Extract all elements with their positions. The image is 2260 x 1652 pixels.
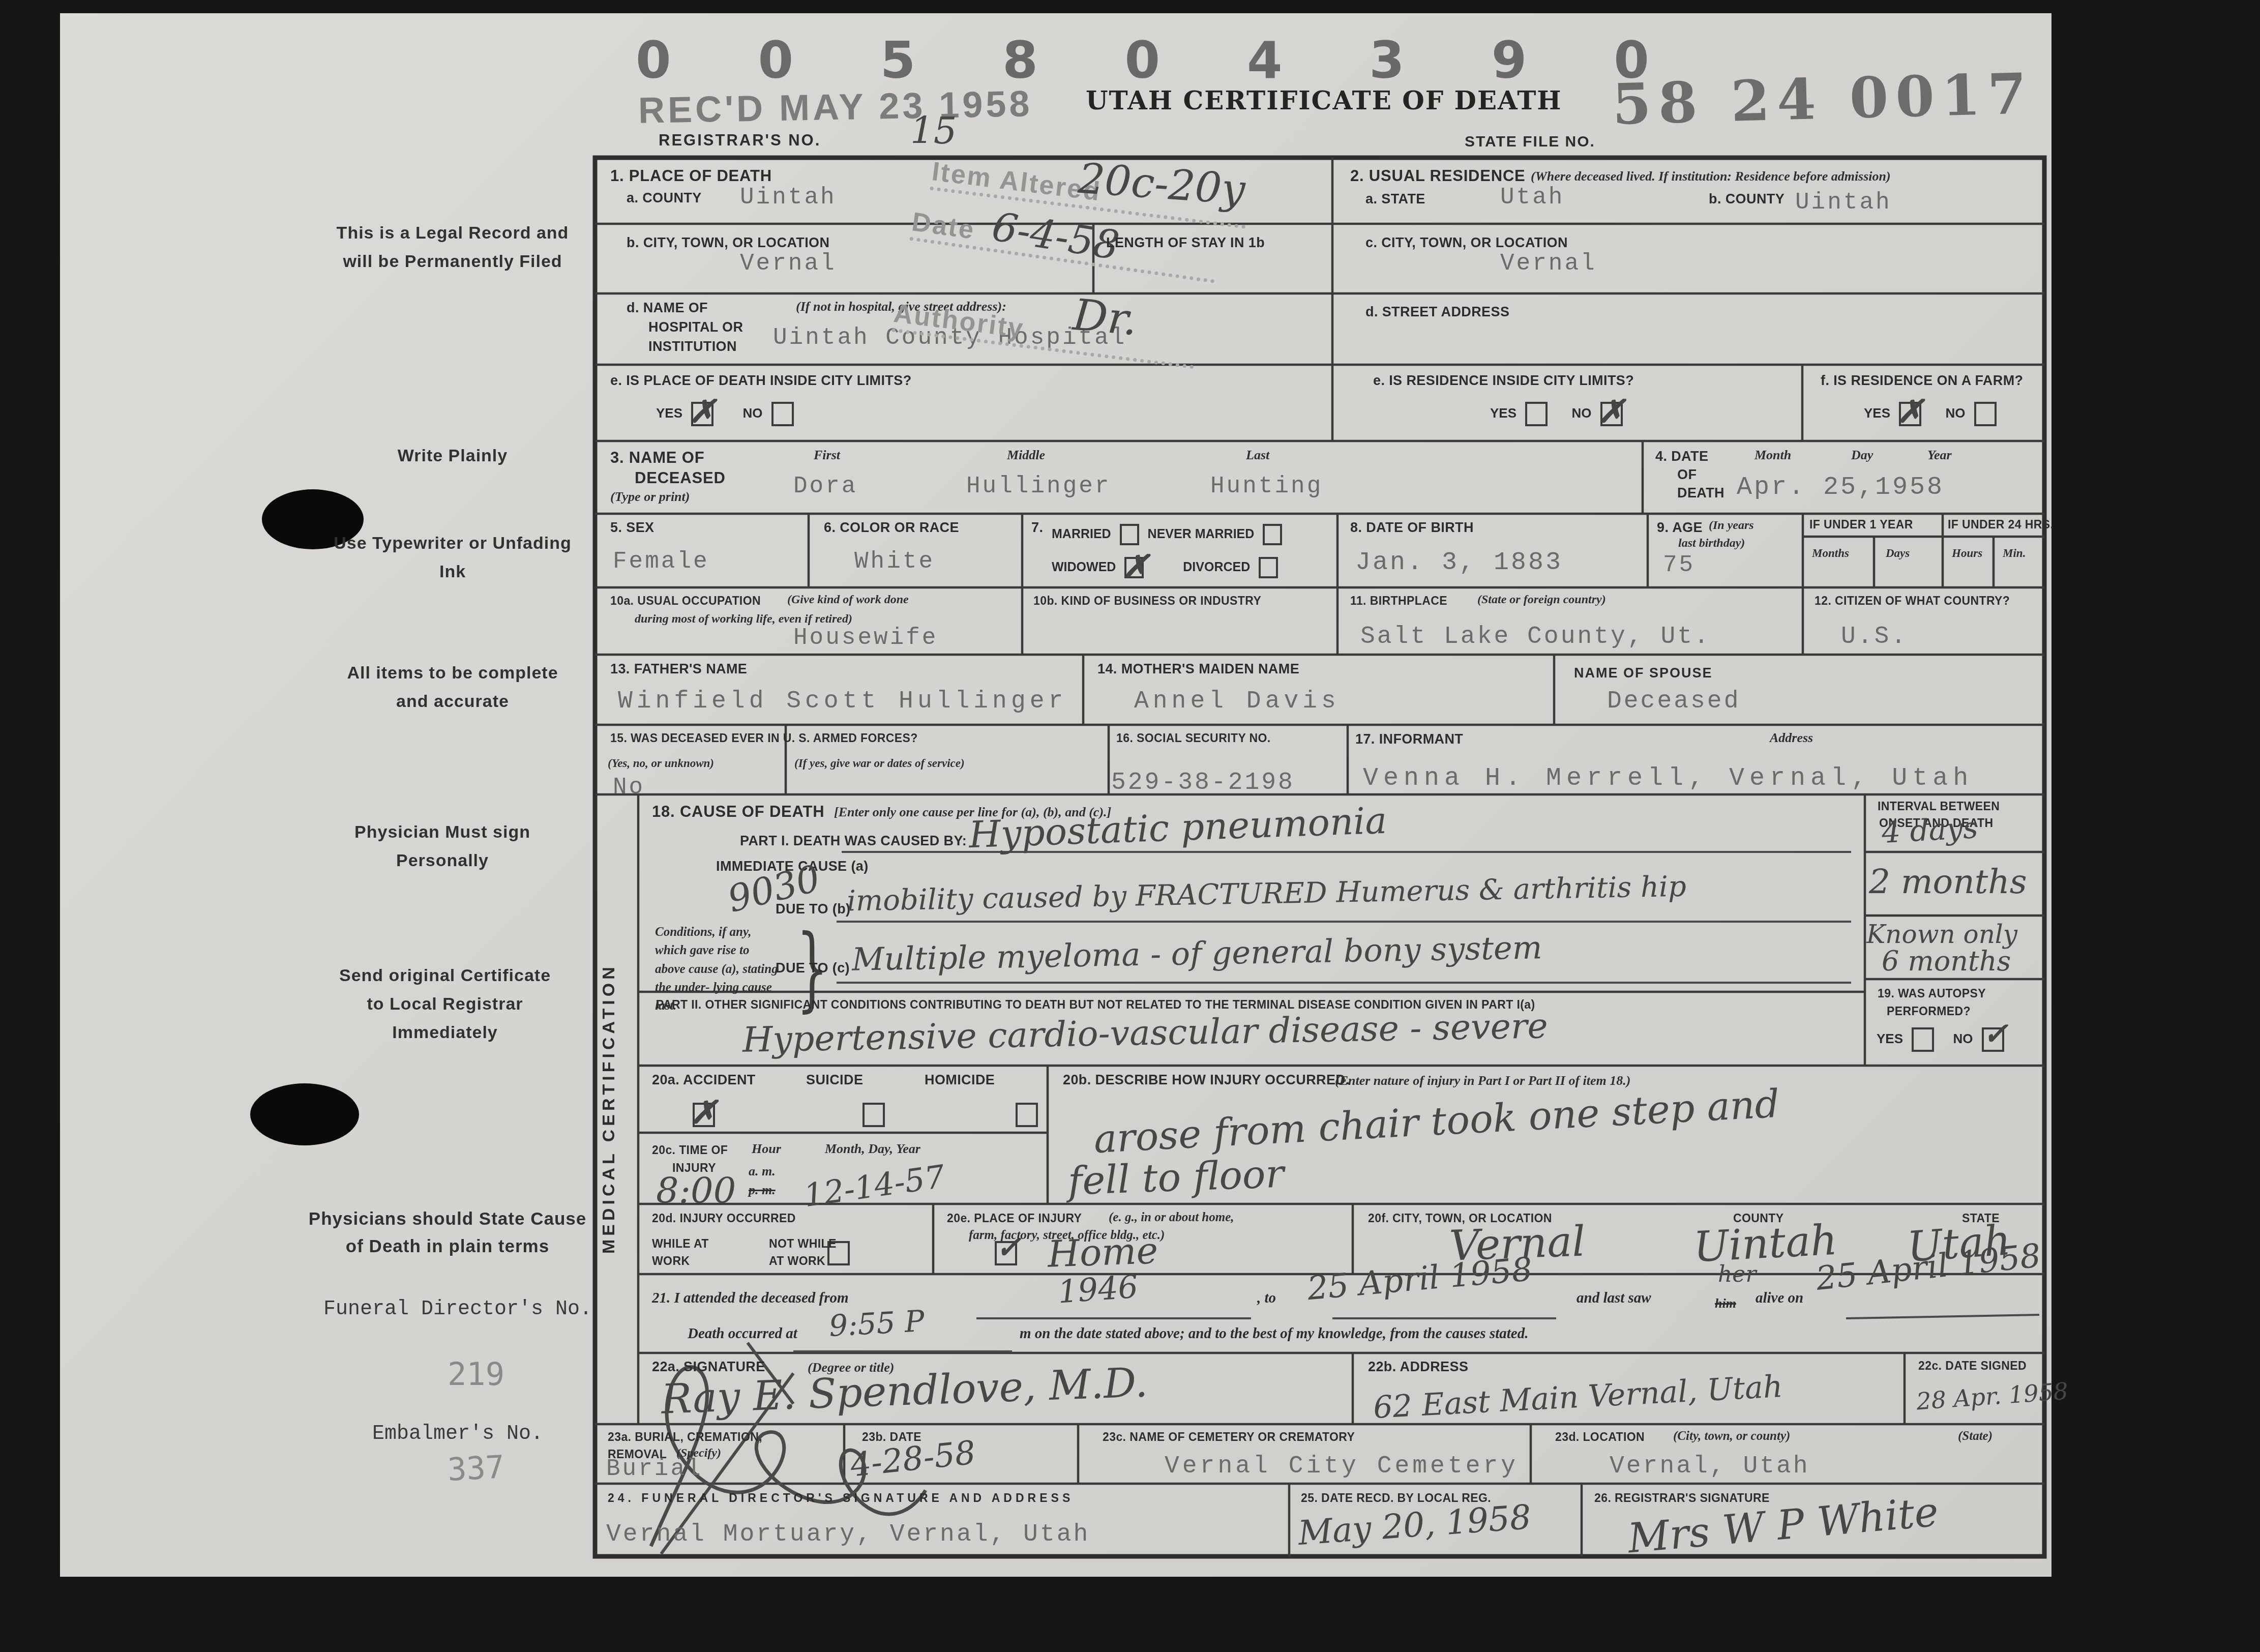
name-of-spouse-label: NAME OF SPOUSE	[1574, 665, 1713, 681]
no-label: NO	[743, 405, 763, 421]
divorced-label: DIVORCED	[1183, 560, 1250, 574]
margin-note-physician-sign: Physician Must sign Personally	[336, 818, 549, 875]
armed-forces-hint-2: (If yes, give war or dates of service)	[794, 757, 965, 770]
married-checkbox	[1120, 524, 1139, 545]
yes-label: YES	[1490, 405, 1516, 421]
cemetery-location-label: 23d. LOCATION	[1555, 1430, 1645, 1444]
accident-label: 20a. ACCIDENT	[652, 1072, 756, 1088]
city-town-value: Vernal	[740, 250, 837, 277]
place-of-injury-label: 20e. PLACE OF INJURY	[947, 1212, 1082, 1225]
time-of-injury-label-1: 20c. TIME OF	[652, 1143, 728, 1157]
industry-label: 10b. KIND OF BUSINESS OR INDUSTRY	[1033, 594, 1261, 608]
date-of-death-label-1: 4. DATE	[1655, 449, 1708, 464]
occupation-hint-1: (Give kind of work done	[787, 593, 909, 607]
registrars-no-label: REGISTRAR'S NO.	[659, 131, 821, 150]
occupation-hint-2: during most of working life, even if ret…	[635, 612, 852, 626]
death-occurred-text: Death occurred at	[688, 1325, 797, 1342]
interval-label-1: INTERVAL BETWEEN	[1878, 800, 2000, 813]
yes-label: YES	[1864, 405, 1890, 421]
cemetery-label: 23c. NAME OF CEMETERY OR CREMATORY	[1103, 1430, 1355, 1444]
ssn-label: 16. SOCIAL SECURITY NO.	[1116, 731, 1271, 745]
funeral-directors-no-value: 219	[448, 1355, 504, 1393]
never-married-checkbox	[1263, 524, 1282, 545]
marital-number: 7.	[1031, 520, 1043, 536]
date-of-death-value: Apr. 25,1958	[1737, 473, 1944, 502]
margin-note-write-plainly: Write Plainly	[336, 441, 570, 470]
describe-injury-label: 20b. DESCRIBE HOW INJURY OCCURRED.	[1063, 1072, 1350, 1088]
autopsy-yes-checkbox	[1912, 1027, 1934, 1052]
married-label: MARRIED	[1052, 527, 1111, 541]
attended-text-2: , to	[1257, 1290, 1276, 1307]
occupation-label: 10a. USUAL OCCUPATION	[610, 594, 761, 608]
widowed-label: WIDOWED	[1052, 560, 1116, 574]
hour-header: Hour	[752, 1141, 781, 1157]
medical-certification-vertical-label: MEDICAL CERTIFICATION	[599, 804, 619, 1414]
usual-residence-hint: (Where deceased lived. If institution: R…	[1531, 169, 1891, 184]
interval-c-value-2: 6 months	[1882, 945, 2011, 977]
usual-residence-title: 2. USUAL RESIDENCE	[1350, 167, 1526, 185]
state-file-no-stamp: 58 24 0017	[1611, 61, 2034, 137]
yes-label: YES	[1877, 1031, 1903, 1046]
last-name-header: Last	[1246, 448, 1269, 463]
received-date-stamp: REC'D MAY 23 1958	[638, 83, 1033, 132]
informant-label: 17. INFORMANT	[1355, 731, 1463, 747]
color-race-label: 6. COLOR OR RACE	[824, 520, 959, 536]
month-header: Month	[1755, 448, 1791, 463]
month-day-year-header: Month, Day, Year	[825, 1141, 920, 1157]
county-value: Uintah	[740, 184, 837, 211]
armed-forces-value: No	[613, 774, 645, 801]
state-file-no-label: STATE FILE NO.	[1465, 133, 1595, 151]
widowed-checkbox	[1124, 557, 1144, 578]
death-time-value: 9:55 P	[828, 1304, 925, 1343]
due-to-b-label: DUE TO (b)	[776, 901, 851, 917]
injury-occurred-label: 20d. INJURY OCCURRED	[652, 1212, 796, 1225]
margin-note-complete: All items to be complete and accurate	[336, 659, 570, 716]
city-town-county-hint: (City, town, or county)	[1673, 1429, 1790, 1443]
am-header: a. m.	[749, 1164, 776, 1179]
authority-entry: Dr.	[1071, 290, 1140, 346]
residence-city-limits-yes-checkbox	[1525, 402, 1548, 426]
autopsy-no-checkbox	[1982, 1027, 2004, 1052]
armed-forces-label: 15. WAS DECEASED EVER IN U. S. ARMED FOR…	[610, 731, 918, 745]
pm-header: p. m.	[749, 1183, 776, 1198]
registrars-no-value: 15	[910, 109, 957, 152]
name-of-spouse-value: Deceased	[1607, 688, 1740, 715]
never-married-label: NEVER MARRIED	[1148, 527, 1255, 541]
divorced-checkbox	[1259, 557, 1278, 578]
cemetery-value: Vernal City Cemetery	[1165, 1453, 1519, 1480]
farm-yes-checkbox	[1899, 402, 1921, 426]
birthplace-label: 11. BIRTHPLACE	[1350, 594, 1447, 608]
death-city-limits-no-checkbox	[771, 402, 794, 426]
registrar-signature-label: 26. REGISTRAR'S SIGNATURE	[1594, 1491, 1770, 1505]
residence-city-limits-label: e. IS RESIDENCE INSIDE CITY LIMITS?	[1373, 373, 1634, 389]
fathers-name-value: Winfield Scott Hullinger	[618, 688, 1067, 715]
describe-injury-hint: (Enter nature of injury in Part I or Par…	[1335, 1073, 1630, 1088]
suicide-label: SUICIDE	[806, 1072, 863, 1088]
color-race-value: White	[854, 548, 935, 575]
no-label: NO	[1572, 405, 1592, 421]
autopsy-label-2: PERFORMED?	[1887, 1005, 1971, 1018]
residence-county-value: Uintah	[1795, 189, 1892, 216]
no-label: NO	[1946, 405, 1966, 421]
if-under-1-year-label: IF UNDER 1 YEAR	[1809, 518, 1913, 532]
residence-city-limits-no-checkbox	[1600, 402, 1623, 426]
not-while-at-work-label-2: AT WORK	[769, 1254, 825, 1268]
hospital-label-1: d. NAME OF	[627, 300, 708, 316]
date-of-birth-value: Jan. 3, 1883	[1355, 548, 1563, 577]
age-label: 9. AGE	[1657, 520, 1703, 536]
residence-state-value: Utah	[1500, 184, 1564, 211]
death-occurred-text-2: m on the date stated above; and to the b…	[1020, 1325, 1528, 1342]
name-of-deceased-label-2: DECEASED	[635, 469, 726, 487]
burial-value: Burial	[606, 1456, 703, 1482]
city-town-label: b. CITY, TOWN, OR LOCATION	[627, 235, 829, 251]
not-while-at-work-checkbox	[995, 1241, 1017, 1265]
death-city-limits-label: e. IS PLACE OF DEATH INSIDE CITY LIMITS?	[610, 373, 912, 389]
cemetery-location-value: Vernal, Utah	[1610, 1453, 1810, 1480]
middle-name-value: Hullinger	[966, 473, 1111, 499]
margin-note-typewriter: Use Typewriter or Unfading Ink	[325, 529, 580, 586]
attended-text-1: 21. I attended the deceased from	[652, 1290, 849, 1307]
hospital-label-3: INSTITUTION	[648, 339, 737, 355]
describe-injury-value-2: fell to floor	[1067, 1151, 1285, 1204]
not-while-at-work-label-1: NOT WHILE	[769, 1237, 837, 1251]
homicide-checkbox	[1016, 1103, 1038, 1127]
no-label: NO	[1953, 1031, 1973, 1046]
attended-text-4: alive on	[1756, 1290, 1803, 1307]
while-at-work-label-1: WHILE AT	[652, 1237, 709, 1251]
age-value: 75	[1663, 552, 1695, 578]
funeral-director-label: 24. FUNERAL DIRECTOR'S SIGNATURE AND ADD…	[608, 1491, 1074, 1505]
if-under-24-hrs-label: IF UNDER 24 HRS.	[1948, 518, 2054, 532]
place-of-death-title: 1. PLACE OF DEATH	[610, 167, 772, 185]
date-of-death-label-3: DEATH	[1677, 485, 1724, 501]
part1-label: PART I. DEATH WAS CAUSED BY:	[740, 833, 967, 849]
autopsy-label-1: 19. WAS AUTOPSY	[1878, 987, 1986, 1000]
type-or-print-hint: (Type or print)	[610, 489, 690, 505]
him-printed-struck: him	[1715, 1296, 1736, 1311]
state-hint: (State)	[1958, 1429, 1993, 1443]
yes-label: YES	[656, 405, 682, 421]
interval-b-value: 2 months	[1869, 862, 2027, 901]
residence-city-value: Vernal	[1500, 250, 1597, 277]
citizen-value: U.S.	[1841, 623, 1908, 651]
due-to-c-label: DUE TO (c)	[776, 960, 850, 976]
margin-note-plain-terms: Physicians should State Cause of Death i…	[305, 1205, 590, 1261]
name-of-deceased-label-1: 3. NAME OF	[610, 449, 704, 467]
numbering-stamp: 0 0 5 8 0 4 3 9 0	[636, 31, 1684, 90]
county-label: a. COUNTY	[627, 190, 702, 206]
embalmers-no-label: Embalmer's No.	[315, 1419, 600, 1450]
her-handwritten: her	[1718, 1261, 1756, 1287]
margin-note-send-original: Send original Certificate to Local Regis…	[336, 961, 554, 1047]
certificate-title: UTAH CERTIFICATE OF DEATH	[1086, 85, 1562, 115]
informant-value: Venna H. Merrell, Vernal, Utah	[1363, 764, 1973, 793]
death-city-limits-yes-checkbox	[691, 402, 713, 426]
last-name-value: Hunting	[1210, 473, 1323, 499]
residence-city-label: c. CITY, TOWN, OR LOCATION	[1365, 235, 1568, 251]
place-of-injury-hint-1: (e. g., in or about home,	[1109, 1211, 1234, 1225]
homicide-label: HOMICIDE	[925, 1072, 995, 1088]
age-hint-1: (In years	[1709, 519, 1754, 533]
funeral-director-address-value: Vernal Mortuary, Vernal, Utah	[606, 1521, 1090, 1548]
day-header: Day	[1851, 448, 1873, 463]
sex-label: 5. SEX	[610, 520, 654, 536]
mothers-maiden-name-label: 14. MOTHER'S MAIDEN NAME	[1097, 661, 1299, 677]
birthplace-value: Salt Lake County, Ut.	[1360, 623, 1711, 651]
hours-header: Hours	[1952, 547, 1982, 560]
birthplace-hint: (State or foreign country)	[1477, 593, 1606, 607]
informant-address-header: Address	[1770, 730, 1813, 746]
physician-address-label: 22b. ADDRESS	[1368, 1359, 1468, 1375]
date-of-death-label-2: OF	[1677, 467, 1697, 483]
residence-county-label: b. COUNTY	[1709, 191, 1785, 207]
scanned-death-certificate: 0 0 5 8 0 4 3 9 0 REC'D MAY 23 1958 REGI…	[0, 0, 2260, 1652]
accident-checkbox	[693, 1103, 715, 1127]
min-header: Min.	[2003, 547, 2026, 560]
suicide-checkbox	[863, 1103, 885, 1127]
fathers-name-label: 13. FATHER'S NAME	[610, 661, 747, 677]
farm-no-checkbox	[1974, 402, 1997, 426]
attended-text-3: and last saw	[1577, 1290, 1651, 1307]
attended-from-value: 1946	[1057, 1268, 1140, 1311]
cause-of-death-title: 18. CAUSE OF DEATH	[652, 803, 824, 821]
date-of-birth-label: 8. DATE OF BIRTH	[1350, 520, 1474, 536]
residence-state-label: a. STATE	[1365, 191, 1425, 207]
margin-note-legal-record: This is a Legal Record and will be Perma…	[336, 219, 570, 276]
ssn-value: 529-38-2198	[1111, 769, 1295, 796]
year-header: Year	[1927, 448, 1952, 463]
armed-forces-hint-1: (Yes, no, or unknown)	[608, 757, 714, 770]
mothers-maiden-name-value: Annel Davis	[1134, 688, 1340, 715]
middle-name-header: Middle	[1007, 448, 1045, 463]
farm-label: f. IS RESIDENCE ON A FARM?	[1821, 373, 2023, 389]
first-name-header: First	[814, 448, 840, 463]
date-signed-label: 22c. DATE SIGNED	[1918, 1359, 2027, 1373]
interval-a-value: 4 days	[1881, 810, 1979, 850]
months-header: Months	[1812, 547, 1849, 560]
length-of-stay-label: LENGTH OF STAY IN 1b	[1106, 235, 1265, 251]
while-at-work-label-2: WORK	[652, 1254, 690, 1268]
embalmers-no-value: 337	[447, 1448, 505, 1488]
citizen-label: 12. CITIZEN OF WHAT COUNTRY?	[1815, 594, 2010, 608]
street-address-label: d. STREET ADDRESS	[1365, 304, 1509, 320]
age-hint-2: last birthday)	[1678, 537, 1745, 550]
time-of-injury-value: 8:00	[656, 1170, 736, 1212]
hospital-label-2: HOSPITAL OR	[648, 319, 743, 335]
place-of-injury-value: Home	[1047, 1229, 1159, 1276]
burial-label-1: 23a. BURIAL, CREMATION,	[608, 1430, 762, 1444]
first-name-value: Dora	[793, 473, 857, 499]
sex-value: Female	[613, 548, 709, 575]
funeral-directors-no-label: Funeral Director's No.	[315, 1294, 600, 1325]
days-header: Days	[1886, 547, 1910, 560]
occupation-value: Housewife	[793, 625, 938, 651]
